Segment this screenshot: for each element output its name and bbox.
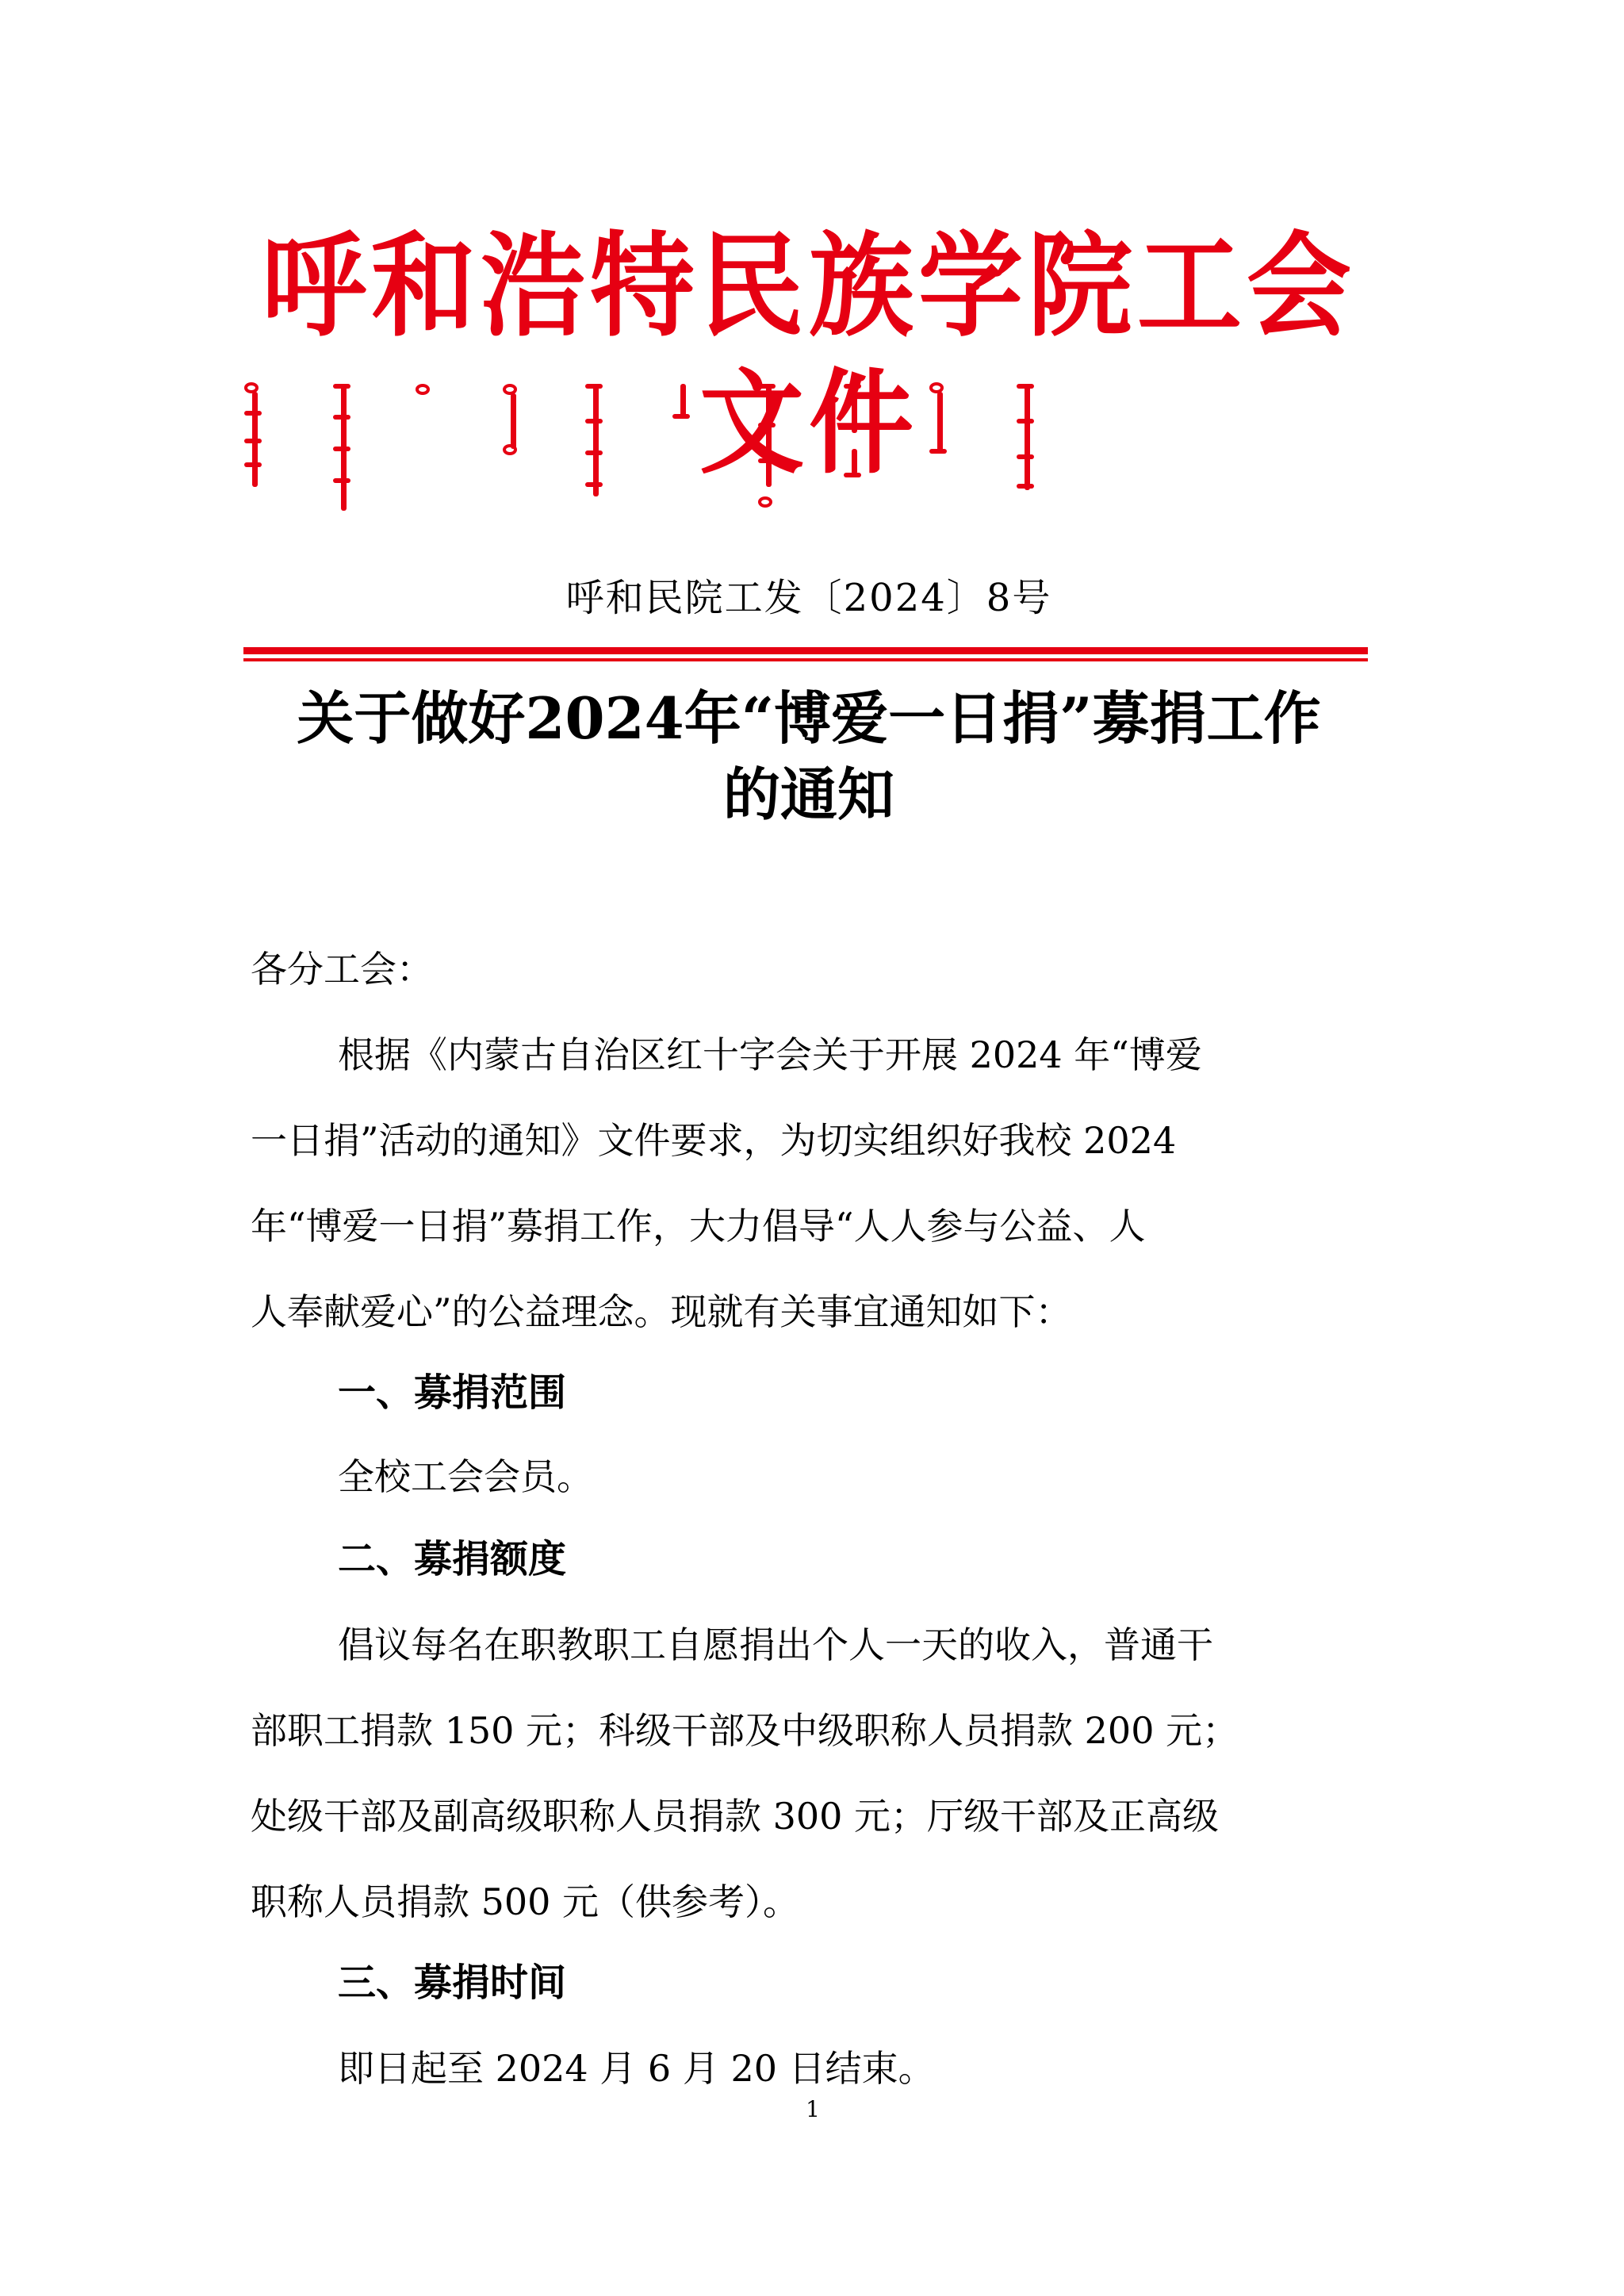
section-heading-amount: 二、募捐额度 xyxy=(338,1535,566,1583)
document-number: 呼和民院工发〔2024〕8号 xyxy=(238,573,1380,623)
salutation: 各分工会： xyxy=(251,945,433,993)
mongolian-masthead-script xyxy=(238,379,1380,522)
section-text: 即日起至 2024 月 6 月 20 日结束。 xyxy=(338,2045,935,2092)
intro-line: 一日捐”活动的通知》文件要求，为切实组织好我校 2024 xyxy=(251,1117,1176,1164)
notice-title-line-1: 关于做好2024年“博爱一日捐”募捐工作 xyxy=(238,680,1380,757)
intro-line: 根据《内蒙古自治区红十字会关于开展 2024 年“博爱 xyxy=(338,1031,1202,1079)
section-text: 职称人员捐款 500 元（供参考）。 xyxy=(251,1878,799,1926)
section-heading-time: 三、募捐时间 xyxy=(338,1959,566,2007)
intro-line: 人奉献爱心”的公益理念。现就有关事宜通知如下： xyxy=(251,1288,1072,1336)
intro-line: 年“博爱一日捐”募捐工作，大力倡导“人人参与公益、人 xyxy=(251,1202,1146,1250)
red-separator-thick xyxy=(243,647,1368,654)
page-number: 1 xyxy=(801,2095,825,2124)
section-text: 倡议每名在职教职工自愿捐出个人一天的收入，普通干 xyxy=(338,1621,1213,1669)
section-text: 部职工捐款 150 元；科级干部及中级职称人员捐款 200 元； xyxy=(251,1707,1239,1754)
notice-title: 关于做好2024年“博爱一日捐”募捐工作 的通知 xyxy=(238,680,1380,833)
section-text: 处级干部及副高级职称人员捐款 300 元；厅级干部及正高级 xyxy=(251,1792,1219,1840)
section-heading-scope: 一、募捐范围 xyxy=(338,1369,566,1416)
notice-title-line-2: 的通知 xyxy=(238,757,1380,833)
section-text: 全校工会会员。 xyxy=(338,1453,593,1501)
red-separator-thin xyxy=(243,658,1368,661)
